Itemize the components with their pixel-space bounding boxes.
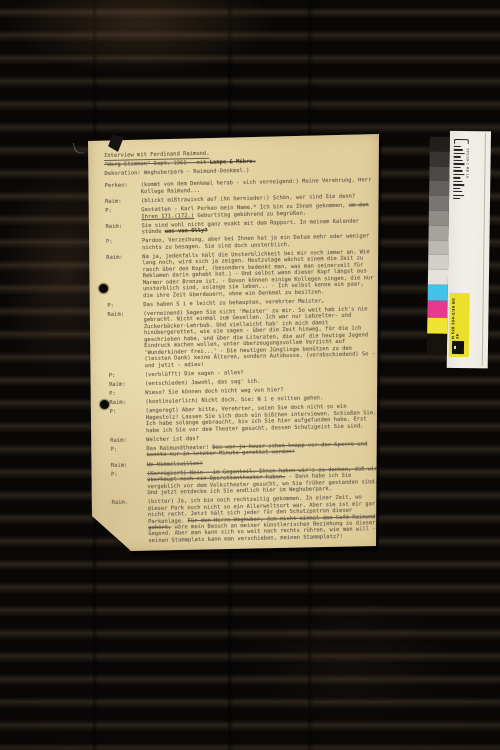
barcode-text: 583/28-1 MB 16 bbox=[465, 148, 469, 178]
dialogue-text: Pardon, Verzeihung, aber bei Ihnen hat j… bbox=[142, 233, 374, 251]
dialogue-speaker: P: bbox=[109, 390, 145, 397]
date-line: "Werg-Stimmen" Sept. 1961 - mit Lampe & … bbox=[104, 156, 372, 168]
dialogue-speaker: P: bbox=[110, 446, 146, 460]
punch-hole-bottom bbox=[100, 400, 109, 409]
dialogue-speaker: Raim: bbox=[109, 381, 145, 388]
dialogue-segment: (verblüfft) Die sagen - alles? bbox=[145, 370, 244, 378]
dialogue-segment: (blickt mißtrauisch auf ihn hernieder:) … bbox=[141, 194, 355, 205]
dialogue-text: (blickt mißtrauisch auf ihn hernieder:) … bbox=[141, 193, 373, 205]
dialogue-speaker: Raim: bbox=[107, 311, 144, 370]
document-title: Interview mit Ferdinand Raimund. bbox=[104, 151, 210, 161]
wedge-color-patch bbox=[428, 285, 448, 302]
dialogue-paragraph: P:Das haben S i e leicht zu behaupten, v… bbox=[107, 297, 375, 309]
wedge-gray-patch bbox=[429, 196, 449, 211]
dialogue-segment: Das Raimundtheater! bbox=[146, 445, 212, 452]
dialogue-segment: um den bbox=[349, 202, 369, 208]
wedge-color-patch bbox=[427, 334, 447, 355]
dialogue-segment: (verneinend) Sagen Sie nicht 'Meister' z… bbox=[143, 306, 375, 368]
dialogue-segment: was von Olly? bbox=[165, 228, 208, 235]
wedge-gray-patch bbox=[428, 255, 448, 270]
dialogue-paragraph: Raim:Welcher ist das? bbox=[110, 432, 378, 444]
calibration-strip: 583/28-1 MB 16 N 528 254-2/3A BG 26 bbox=[426, 131, 491, 369]
dialogue-speaker: P: bbox=[109, 372, 145, 379]
dialogue-text: Um Himmelswillen! bbox=[147, 457, 379, 469]
dialogue-text: Na ja, jedenfalls hält die Unsterblichke… bbox=[142, 249, 375, 299]
dialogue-text: Wieso? Sie können doch nicht weg von hie… bbox=[145, 385, 377, 397]
dialogue-segment: Um Himmelswillen! bbox=[147, 460, 203, 467]
dialogue-text: (angeregt) Aber bitte, Verehrter, seien … bbox=[146, 403, 379, 434]
dialogue-segment: wäre mein Besuch an meiner künstlerische… bbox=[148, 520, 375, 544]
date-segment: "Werg-Stimmen" Sept. 1961 - mit bbox=[104, 160, 210, 168]
dialogue-speaker: P: bbox=[105, 207, 141, 221]
dialogue-speaker: Raim: bbox=[111, 462, 147, 469]
dialogue-paragraph: P:(angeregt) Aber bitte, Verehrter, seie… bbox=[110, 403, 378, 435]
date-segment: Lampe & Mikro. bbox=[210, 159, 256, 166]
dialogue-paragraph: P:Pardon, Verzeihung, aber bei Ihnen hat… bbox=[106, 233, 374, 252]
dialogue-text: Das haben S i e leicht zu behaupten, ver… bbox=[143, 297, 375, 309]
dialogue-paragraph: Raim:(kontinuierlich) Nicht doch. Sie: N… bbox=[109, 394, 377, 406]
dialogue-speaker: Raim: bbox=[106, 254, 143, 300]
dialogue-list: Perkeo:(kommt von dem Denkmal herab - si… bbox=[105, 178, 381, 546]
dialogue-text: (bitter) Ja, ich bin noch rechtzeitig ge… bbox=[148, 494, 381, 544]
dialogue-speaker: P: bbox=[107, 302, 143, 309]
dialogue-text: (entschieden) Jawohl, das sag' ich. bbox=[145, 376, 377, 388]
decoration-line: Dekoration: Weghuberpark - Raimund-Denkm… bbox=[104, 165, 372, 177]
dialogue-segment: Geburtstag gebührend zu begrüßen. bbox=[194, 210, 306, 218]
dialogue-paragraph: Raim:(entschieden) Jawohl, das sag' ich. bbox=[109, 376, 377, 388]
dialogue-segment: Wieso? Sie können doch nicht weg von hie… bbox=[145, 387, 284, 396]
dialogue-segment: Das war ja heuer schon knapp vor der Spe… bbox=[147, 441, 368, 458]
dialogue-segment: (entschieden) Jawohl, das sag' ich. bbox=[145, 379, 260, 388]
dialogue-segment: (bitter) Ja, ich bin noch rechtzeitig ge… bbox=[148, 495, 376, 525]
wedge-gray-patch bbox=[428, 225, 448, 240]
wedge-gray-patch bbox=[430, 137, 450, 152]
dialogue-speaker: Raim. bbox=[112, 499, 149, 545]
dialogue-speaker: Raim: bbox=[106, 223, 142, 237]
typescript-page: Interview mit Ferdinand Raimund. "Werg-S… bbox=[85, 130, 383, 555]
dialogue-text: (kommt von dem Denkmal herab - sich vern… bbox=[141, 178, 373, 196]
dialogue-segment: Ihren 171.(172.) bbox=[141, 213, 194, 220]
dialogue-segment: Das haben S i e leicht zu behaupten, ver… bbox=[143, 298, 324, 308]
dialogue-text: Das Raimundtheater! Das war ja heuer sch… bbox=[146, 441, 378, 459]
gray-step-wedge bbox=[427, 137, 450, 356]
dialogue-segment: (angeregt) Aber bitte, Verehrter, seien … bbox=[146, 404, 377, 434]
dialogue-speaker: P: bbox=[106, 239, 142, 253]
dialogue-paragraph: Raim:(verneinend) Sagen Sie nicht 'Meist… bbox=[107, 306, 376, 370]
dialogue-segment: (kontinuierlich) Nicht doch. Sie: N i e … bbox=[145, 395, 323, 405]
dialogue-paragraph: P:Wieso? Sie können doch nicht weg von h… bbox=[109, 385, 377, 397]
dialogue-speaker: Raim: bbox=[109, 399, 145, 406]
dialogue-paragraph: Raim:Sie sind wohl nicht ganz exakt mit … bbox=[106, 218, 374, 237]
dialogue-text: (verblüfft) Die sagen - alles? bbox=[145, 367, 377, 379]
label-black-square bbox=[452, 341, 464, 354]
dialogue-speaker: Perkeo: bbox=[105, 183, 141, 197]
barcode-bracket-icon bbox=[454, 139, 469, 144]
dialogue-text: Welcher ist das? bbox=[146, 432, 378, 444]
dialogue-text: (verneinend) Sagen Sie nicht 'Meister' z… bbox=[143, 306, 376, 369]
dialogue-paragraph: Raim:Um Himmelswillen! bbox=[111, 457, 379, 469]
dialogue-segment: Welcher ist das? bbox=[146, 436, 199, 443]
dialogue-segment: (kommt von dem Denkmal herab - sich vern… bbox=[141, 178, 372, 195]
yellow-label-text: N 528 254-2/3A BG 26 bbox=[451, 295, 460, 339]
dialogue-paragraph: Raim:Na ja, jedenfalls hält die Unsterbl… bbox=[106, 249, 375, 300]
wedge-gray-patch bbox=[429, 211, 449, 226]
dialogue-segment: Na ja, jedenfalls hält die Unsterblichke… bbox=[142, 249, 373, 299]
wedge-gray-patch bbox=[429, 181, 449, 196]
dialogue-paragraph: P:Gestatten - Karl Perkeo mein Name.* Ic… bbox=[105, 202, 373, 221]
dialogue-segment: Für den Herrn Weghuber, dem nicht einmal… bbox=[148, 514, 375, 531]
wedge-color-patch bbox=[427, 301, 447, 318]
wedge-color-patch bbox=[427, 318, 447, 335]
dialogue-paragraph: P:Das Raimundtheater! Das war ja heuer s… bbox=[110, 441, 378, 460]
dialogue-paragraph: P:(Korrigiert) Nein - im Gegenteil. Ihne… bbox=[111, 466, 379, 498]
dialogue-text: (kontinuierlich) Nicht doch. Sie: N i e … bbox=[145, 394, 377, 406]
dialogue-speaker: Raim: bbox=[105, 198, 141, 205]
dialogue-segment: (Korrigiert) Nein - im Gegenteil. Ihnen … bbox=[147, 466, 378, 483]
wedge-gray-patch bbox=[428, 270, 448, 285]
dialogue-segment: - Dann habe ich Sie vergeblich vor dem V… bbox=[147, 473, 378, 496]
wedge-gray-patch bbox=[428, 240, 448, 255]
dialogue-speaker: P: bbox=[111, 471, 148, 498]
dialogue-paragraph: Raim:(blickt mißtrauisch auf ihn hernied… bbox=[105, 193, 373, 205]
dialogue-text: Gestatten - Karl Perkeo mein Name.* Ich … bbox=[141, 202, 373, 220]
dialogue-paragraph: P:(verblüfft) Die sagen - alles? bbox=[109, 367, 377, 379]
dialogue-text: (Korrigiert) Nein - im Gegenteil. Ihnen … bbox=[147, 466, 380, 497]
punch-hole-top bbox=[99, 284, 108, 293]
dialogue-speaker: Raim: bbox=[110, 437, 146, 444]
dialogue-segment: Sie sind wohl nicht ganz exakt mit dem R… bbox=[142, 218, 360, 235]
yellow-label: N 528 254-2/3A BG 26 bbox=[449, 293, 470, 357]
wedge-gray-patch bbox=[430, 151, 450, 166]
dialogue-segment: Gestatten - Karl Perkeo mein Name.* Ich … bbox=[141, 203, 349, 214]
dialogue-speaker: P: bbox=[110, 408, 147, 435]
dialogue-text: Sie sind wohl nicht ganz exakt mit dem R… bbox=[142, 218, 374, 236]
barcode: 583/28-1 MB 16 bbox=[453, 139, 470, 202]
dialogue-paragraph: Perkeo:(kommt von dem Denkmal herab - si… bbox=[105, 178, 373, 197]
typescript-text: Interview mit Ferdinand Raimund. "Werg-S… bbox=[104, 147, 381, 548]
dialogue-paragraph: Raim.(bitter) Ja, ich bin noch rechtzeit… bbox=[112, 494, 381, 545]
wedge-gray-patch bbox=[429, 166, 449, 181]
dialogue-segment: Pardon, Verzeihung, aber bei Ihnen hat j… bbox=[142, 234, 369, 251]
